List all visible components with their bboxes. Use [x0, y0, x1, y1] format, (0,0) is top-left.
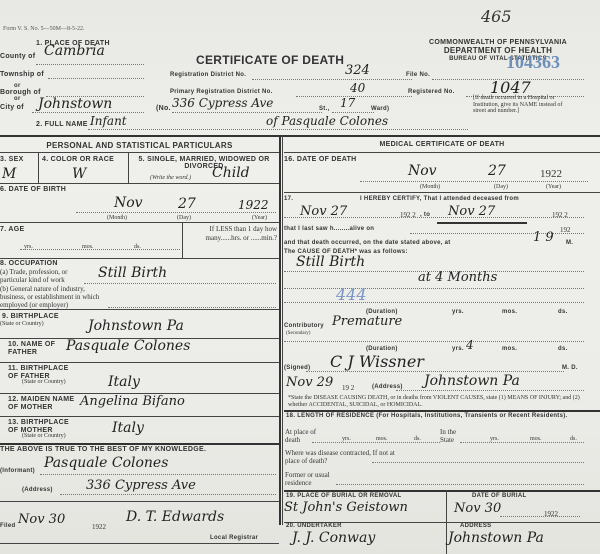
father-name-label: 10. NAME OF FATHER [8, 341, 58, 357]
registrar-signature: D. T. Edwards [126, 509, 224, 525]
birthplace-hint: (State or Country) [0, 321, 44, 327]
burial-place-label: 19. PLACE OF BURIAL OR REMOVAL [286, 493, 401, 499]
death-certificate: Form V. S. No. 5—50M—8-5-22. 465 1. PLAC… [0, 0, 600, 554]
file-no-label: File No. [406, 72, 430, 78]
true-statement: THE ABOVE IS TRUE TO THE BEST OF MY KNOW… [0, 446, 206, 453]
color-value: W [72, 166, 86, 182]
date-of-death-label: 16. DATE OF DEATH [284, 156, 357, 163]
ward-label: Ward) [371, 106, 389, 112]
dob-day-caption: (Day) [177, 215, 191, 221]
father-birthplace-value: Italy [108, 374, 140, 390]
marital-label: 5. SINGLE, MARRIED, WIDOWED OR DIVORCED [130, 156, 278, 170]
medical-heading: MEDICAL CERTIFICATE OF DEATH [284, 141, 600, 148]
at-place-mos: mos. [376, 436, 388, 442]
sex-value: M [2, 166, 16, 182]
physician-signature: C J Wissner [330, 352, 424, 371]
physician-address-value: Johnstown Pa [424, 373, 520, 389]
ward-value: 17 [340, 96, 355, 110]
undertaker-value: J. J. Conway [292, 530, 375, 546]
full-name-value: Infant [90, 114, 127, 128]
dob-year: 1922 [238, 198, 269, 212]
birthplace-value: Johnstown Pa [88, 318, 184, 334]
duration-mos-2: mos. [502, 346, 517, 352]
borough-label: Borough of [0, 89, 41, 96]
undertaker-address-value: Johnstown Pa [448, 530, 544, 546]
township-label: Township of [0, 71, 44, 78]
contributory-duration-value: 4 [466, 338, 474, 352]
hospital-note: [If death occurred in a Hospital or Inst… [473, 95, 563, 115]
date-of-death-year: 1922 [540, 168, 562, 180]
contributory-value: Premature [332, 314, 402, 329]
form-number: Form V. S. No. 5—50M—8-5-22. [3, 26, 84, 32]
death-occurred-text: and that death occurred, on the date sta… [284, 240, 451, 246]
father-birthplace-hint: (State or Country) [22, 379, 66, 385]
occupation-label: 8. OCCUPATION [0, 260, 58, 267]
to-label: , to [420, 212, 430, 218]
dob-month: Nov [114, 195, 143, 211]
age-label: 7. AGE [0, 226, 25, 233]
duration-ds-1: ds. [558, 309, 568, 315]
duration-ds-2: ds. [558, 346, 568, 352]
dob-day: 27 [178, 196, 196, 212]
in-state-ds: ds. [570, 436, 577, 442]
informant-address-label: (Address) [22, 487, 53, 493]
mother-birthplace-hint: (State or Country) [22, 433, 66, 439]
county-label: County of [0, 53, 35, 60]
address-prefix: (No. [156, 105, 171, 112]
cause-value: Still Birth [296, 254, 365, 270]
at-place-ds: ds. [414, 436, 421, 442]
attended-to-year: 192 2 [552, 211, 568, 219]
undertaker-address-label: ADDRESS [460, 523, 491, 529]
occupation-value: Still Birth [98, 265, 167, 281]
undertaker-label: 20. UNDERTAKER [286, 523, 342, 529]
st-label: St., [319, 106, 330, 112]
death-occurred-time: 1 9 [533, 230, 554, 245]
occupation-a: (a) Trade, profession, or particular kin… [0, 268, 84, 284]
age-less-than-day: If LESS than 1 day how many......hrs. or… [187, 225, 277, 243]
duration-mos-1: mos. [502, 309, 517, 315]
filed-date: Nov 30 [18, 512, 65, 527]
age-ds: ds. [134, 244, 141, 250]
street-address-value: 336 Cypress Ave [172, 96, 273, 110]
burial-date-label: DATE OF BURIAL [472, 493, 526, 499]
primary-district-value: 40 [350, 81, 365, 95]
primary-district-label: Primary Registration District No. [170, 89, 273, 95]
date-of-death-day: 27 [488, 163, 506, 179]
last-saw-year: 192 [560, 226, 571, 234]
registered-no-label: Registered No. [408, 89, 455, 95]
full-name-label: 2. FULL NAME [36, 121, 88, 128]
in-state-yrs: yrs. [490, 436, 499, 442]
age-yrs: yrs. [24, 244, 33, 250]
certify-text: I HEREBY CERTIFY, That I attended deceas… [360, 196, 519, 202]
marital-hint: (Write the word.) [150, 175, 191, 181]
personal-heading: PERSONAL AND STATISTICAL PARTICULARS [0, 141, 279, 150]
duration-yrs-2: yrs. [452, 346, 464, 352]
city-value: Johnstown [38, 96, 112, 112]
residence-label: 18. LENGTH OF RESIDENCE (For Hospitals, … [286, 413, 586, 420]
cause-footnote: *State the DISEASE CAUSING DEATH, or in … [288, 395, 596, 408]
county-value: Cambria [44, 43, 105, 59]
burial-place-value: St John's Geistown [284, 500, 408, 515]
date-of-death-month: Nov [408, 163, 437, 179]
birthplace-label: 9. BIRTHPLACE [2, 313, 59, 320]
stamp-number: 104363 [506, 52, 560, 73]
certificate-title: CERTIFICATE OF DEATH [196, 53, 344, 67]
city-label: City of [0, 104, 24, 111]
dob-month-caption: (Month) [107, 215, 127, 221]
attended-from: Nov 27 [300, 204, 347, 219]
handwritten-top-number: 465 [481, 7, 512, 26]
sex-label: 3. SEX [0, 156, 24, 163]
last-saw-text: that I last saw h........alive on [284, 226, 374, 232]
registrar-label: Local Registrar [210, 535, 258, 541]
dob-year-caption: (Year) [252, 215, 267, 221]
dod-month-caption: (Month) [420, 184, 440, 190]
marital-value: Child [212, 165, 250, 181]
mother-name-value: Angelina Bifano [80, 394, 185, 409]
color-label: 4. COLOR OR RACE [42, 156, 114, 163]
filed-year: 1922 [92, 523, 106, 531]
md-label: M. D. [562, 365, 578, 371]
filed-label: Filed [0, 523, 16, 529]
burial-year: 1922 [544, 510, 558, 518]
mother-name-label: 12. MAIDEN NAME OF MOTHER [8, 396, 78, 412]
in-state-mos: mos. [530, 436, 542, 442]
informant-address-value: 336 Cypress Ave [86, 478, 196, 493]
age-mos: mos. [82, 244, 94, 250]
death-occurred-m: M. [566, 240, 573, 246]
duration-yrs-1: yrs. [452, 309, 464, 315]
burial-date-value: Nov 30 [454, 501, 501, 516]
cause-value-2: at 4 Months [418, 270, 497, 285]
signed-year: 19 2 [342, 384, 354, 392]
dod-day-caption: (Day) [494, 184, 508, 190]
attended-from-year: 192 2 [400, 211, 416, 219]
father-name-value: Pasquale Colones [66, 338, 190, 354]
dob-label: 6. DATE OF BIRTH [0, 186, 66, 193]
occupation-b: (b) General nature of industry, business… [0, 285, 108, 309]
mother-birthplace-value: Italy [112, 420, 144, 436]
certify-number: 17. [284, 196, 293, 202]
at-place-yrs: yrs. [342, 436, 351, 442]
full-name-suffix: of Pasquale Colones [266, 114, 388, 128]
contributory-hint: (Secondary) [286, 331, 310, 336]
registration-district-value: 324 [345, 63, 370, 78]
attended-to: Nov 27 [448, 204, 495, 219]
contributory-label: Contributory [284, 323, 324, 329]
informant-value: Pasquale Colones [44, 455, 168, 471]
informant-label: (Informant) [0, 468, 35, 474]
or-2: or [14, 96, 21, 102]
signed-date: Nov 29 [286, 375, 333, 390]
dod-year-caption: (Year) [546, 184, 561, 190]
registration-district-label: Registration District No. [170, 72, 246, 78]
